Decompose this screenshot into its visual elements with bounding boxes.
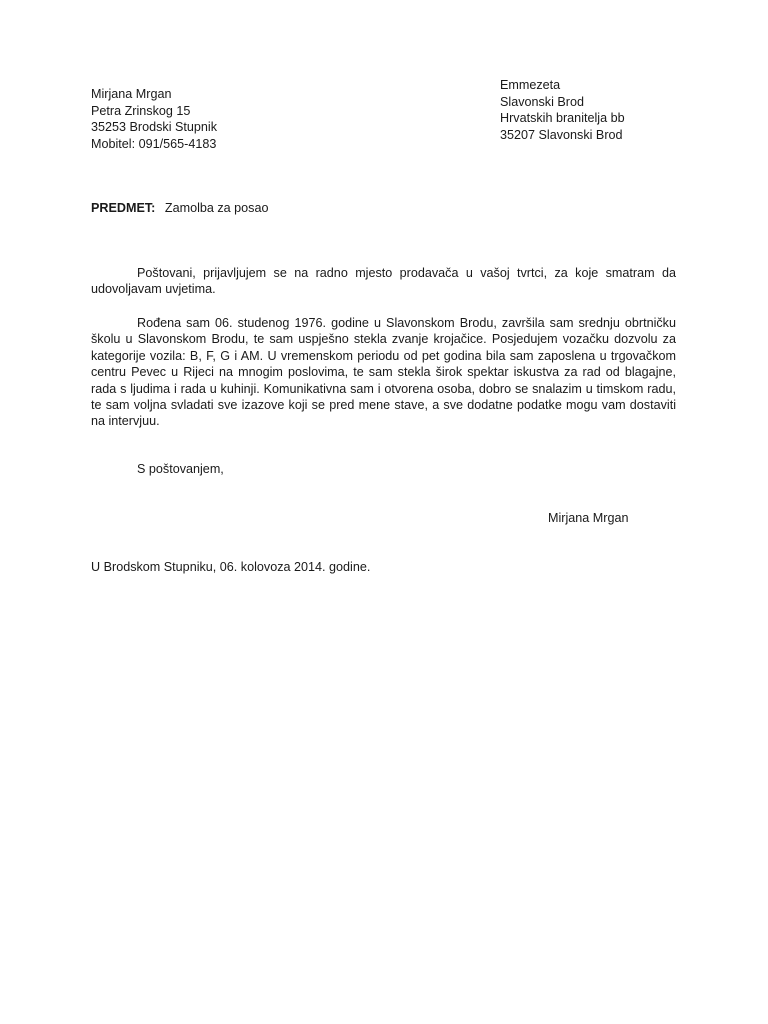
letter-page: Mirjana Mrgan Petra Zrinskog 15 35253 Br…: [0, 0, 768, 1024]
recipient-city: 35207 Slavonski Brod: [500, 127, 625, 144]
recipient-company: Emmezeta: [500, 77, 625, 94]
recipient-location: Slavonski Brod: [500, 94, 625, 111]
sender-phone: Mobitel: 091/565-4183: [91, 136, 217, 153]
body-paragraph-1-text: Poštovani, prijavljujem se na radno mjes…: [91, 266, 676, 296]
body-paragraph-2-text: Rođena sam 06. studenog 1976. godine u S…: [91, 316, 676, 428]
closing-salutation: S poštovanjem,: [137, 462, 224, 476]
sender-city: 35253 Brodski Stupnik: [91, 119, 217, 136]
sender-address-block: Mirjana Mrgan Petra Zrinskog 15 35253 Br…: [91, 86, 217, 152]
recipient-street: Hrvatskih branitelja bb: [500, 110, 625, 127]
body-paragraph-1: Poštovani, prijavljujem se na radno mjes…: [91, 265, 676, 298]
body-paragraph-2: Rođena sam 06. studenog 1976. godine u S…: [91, 315, 676, 430]
place-and-date: U Brodskom Stupniku, 06. kolovoza 2014. …: [91, 560, 370, 574]
subject-text: Zamolba za posao: [165, 201, 269, 215]
sender-name: Mirjana Mrgan: [91, 86, 217, 103]
sender-street: Petra Zrinskog 15: [91, 103, 217, 120]
subject-label: PREDMET:: [91, 201, 155, 215]
subject-line: PREDMET: Zamolba za posao: [91, 201, 269, 215]
recipient-address-block: Emmezeta Slavonski Brod Hrvatskih branit…: [500, 77, 625, 143]
signature-name: Mirjana Mrgan: [548, 511, 629, 525]
